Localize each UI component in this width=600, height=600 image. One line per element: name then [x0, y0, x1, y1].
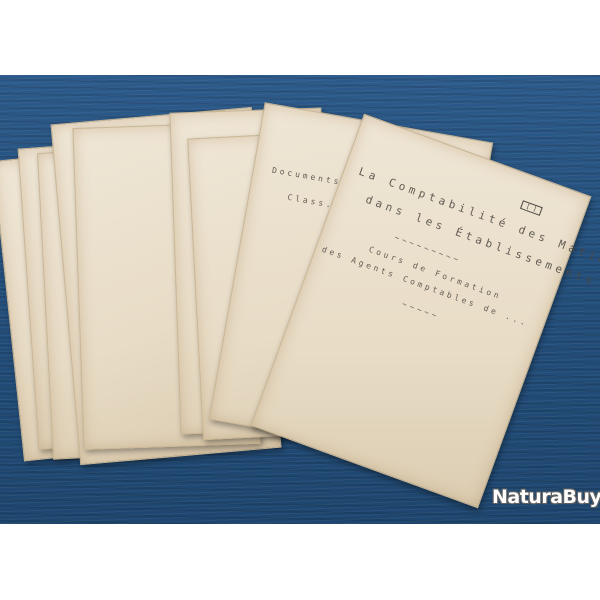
front-doc-stamp: [ ] — [520, 200, 543, 216]
stamp-text: [ ] — [525, 203, 538, 213]
product-photo: Les ... Le ma... Documents ... Class... … — [0, 75, 600, 524]
naturabuy-watermark: NaturaBuy — [492, 486, 600, 508]
front-doc-separator-2: ~~~~~ — [401, 299, 441, 321]
